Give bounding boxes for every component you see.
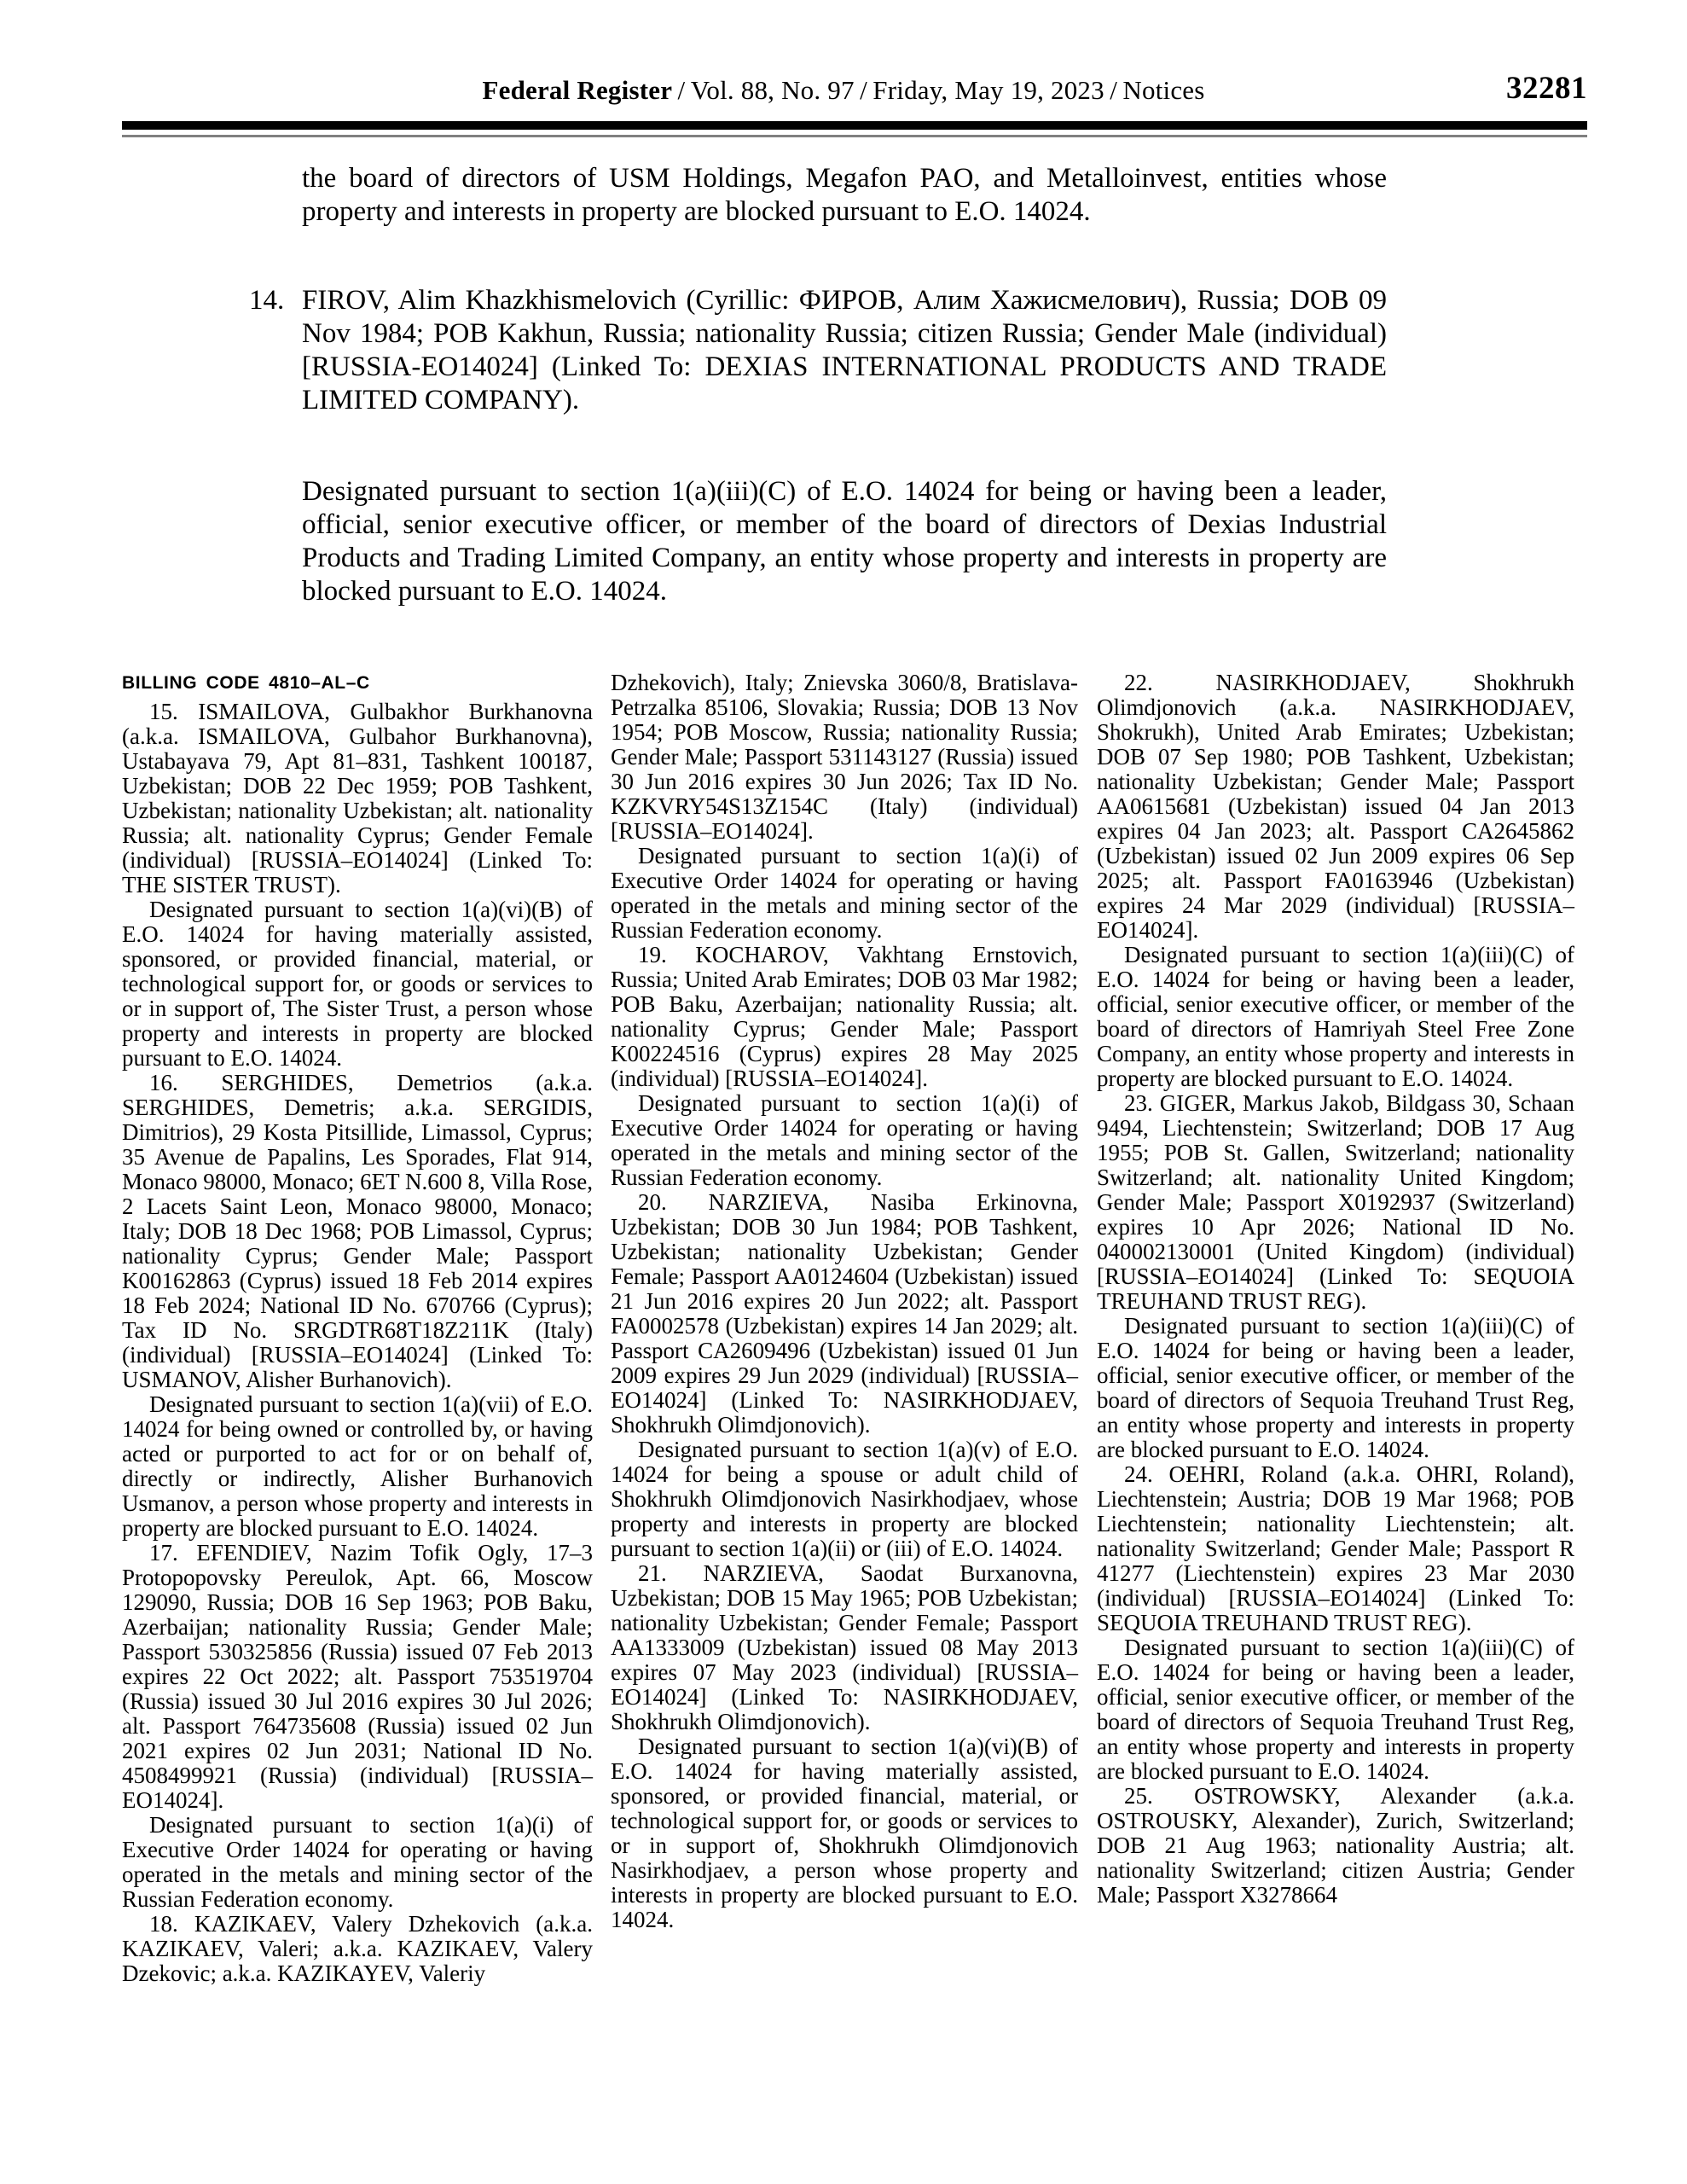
sdn-entry-paragraph: Designated pursuant to section 1(a)(i) o… <box>122 1813 593 1912</box>
running-head: Federal Register / Vol. 88, No. 97 / Fri… <box>332 75 1355 106</box>
header-rule-thick <box>122 121 1587 130</box>
column-2: Dzhekovich), Italy; Znievska 3060/8, Bra… <box>611 671 1078 1932</box>
entry-14-text: FIROV, Alim Khazkhismelovich (Cyrillic: … <box>302 285 1387 415</box>
column-3-entries: 22. NASIRKHODJAEV, Shokhrukh Olimdjonovi… <box>1097 671 1574 1908</box>
journal-title: Federal Register <box>482 75 672 105</box>
entry-14-number: 14. <box>249 284 284 317</box>
header-rule-thin <box>122 135 1587 137</box>
sdn-entry-paragraph: 23. GIGER, Markus Jakob, Bildgass 30, Sc… <box>1097 1091 1574 1314</box>
sdn-entry-paragraph: Designated pursuant to section 1(a)(vi)(… <box>611 1734 1078 1932</box>
sdn-entry-paragraph: 16. SERGHIDES, Demetrios (a.k.a. SERGHID… <box>122 1071 593 1392</box>
sdn-entry-paragraph: 15. ISMAILOVA, Gulbakhor Burkhanovna (a.… <box>122 700 593 897</box>
page-number: 32281 <box>1506 70 1587 107</box>
sdn-entry-paragraph: Designated pursuant to section 1(a)(i) o… <box>611 1091 1078 1190</box>
column-2-entries: Dzhekovich), Italy; Znievska 3060/8, Bra… <box>611 671 1078 1932</box>
billing-code: BILLING CODE 4810–AL–C <box>122 671 593 695</box>
sdn-entry-paragraph: Dzhekovich), Italy; Znievska 3060/8, Bra… <box>611 671 1078 844</box>
entry-14: 14. FIROV, Alim Khazkhismelovich (Cyrill… <box>302 284 1387 417</box>
intro-continuation-paragraph: the board of directors of USM Holdings, … <box>302 162 1387 229</box>
sdn-entry-paragraph: 17. EFENDIEV, Nazim Tofik Ogly, 17–3 Pro… <box>122 1541 593 1813</box>
sdn-entry-paragraph: 21. NARZIEVA, Saodat Burxanovna, Uzbekis… <box>611 1561 1078 1734</box>
sdn-entry-paragraph: Designated pursuant to section 1(a)(i) o… <box>611 844 1078 943</box>
sdn-entry-paragraph: 24. OEHRI, Roland (a.k.a. OHRI, Roland),… <box>1097 1462 1574 1635</box>
sdn-entry-paragraph: 19. KOCHAROV, Vakhtang Ernstovich, Russi… <box>611 943 1078 1091</box>
sdn-entry-paragraph: Designated pursuant to section 1(a)(vi)(… <box>122 897 593 1071</box>
sdn-entry-paragraph: Designated pursuant to section 1(a)(iii)… <box>1097 1635 1574 1784</box>
sdn-entry-paragraph: Designated pursuant to section 1(a)(iii)… <box>1097 943 1574 1091</box>
sdn-entry-paragraph: Designated pursuant to section 1(a)(iii)… <box>1097 1314 1574 1462</box>
sdn-entry-paragraph: 20. NARZIEVA, Nasiba Erkinovna, Uzbekist… <box>611 1190 1078 1438</box>
column-3: 22. NASIRKHODJAEV, Shokhrukh Olimdjonovi… <box>1097 671 1574 1908</box>
running-head-citation: / Vol. 88, No. 97 / Friday, May 19, 2023… <box>672 75 1204 105</box>
column-1: BILLING CODE 4810–AL–C 15. ISMAILOVA, Gu… <box>122 671 593 1986</box>
sdn-entry-paragraph: Designated pursuant to section 1(a)(vii)… <box>122 1392 593 1541</box>
sdn-entry-paragraph: 22. NASIRKHODJAEV, Shokhrukh Olimdjonovi… <box>1097 671 1574 943</box>
sdn-entry-paragraph: 25. OSTROWSKY, Alexander (a.k.a. OSTROUS… <box>1097 1784 1574 1908</box>
entry-14-designation: Designated pursuant to section 1(a)(iii)… <box>302 475 1387 608</box>
column-1-entries: 15. ISMAILOVA, Gulbakhor Burkhanovna (a.… <box>122 700 593 1986</box>
sdn-entry-paragraph: 18. KAZIKAEV, Valery Dzhekovich (a.k.a. … <box>122 1912 593 1986</box>
page: { "header": { "journal": "Federal Regist… <box>0 0 1687 2184</box>
sdn-entry-paragraph: Designated pursuant to section 1(a)(v) o… <box>611 1438 1078 1561</box>
